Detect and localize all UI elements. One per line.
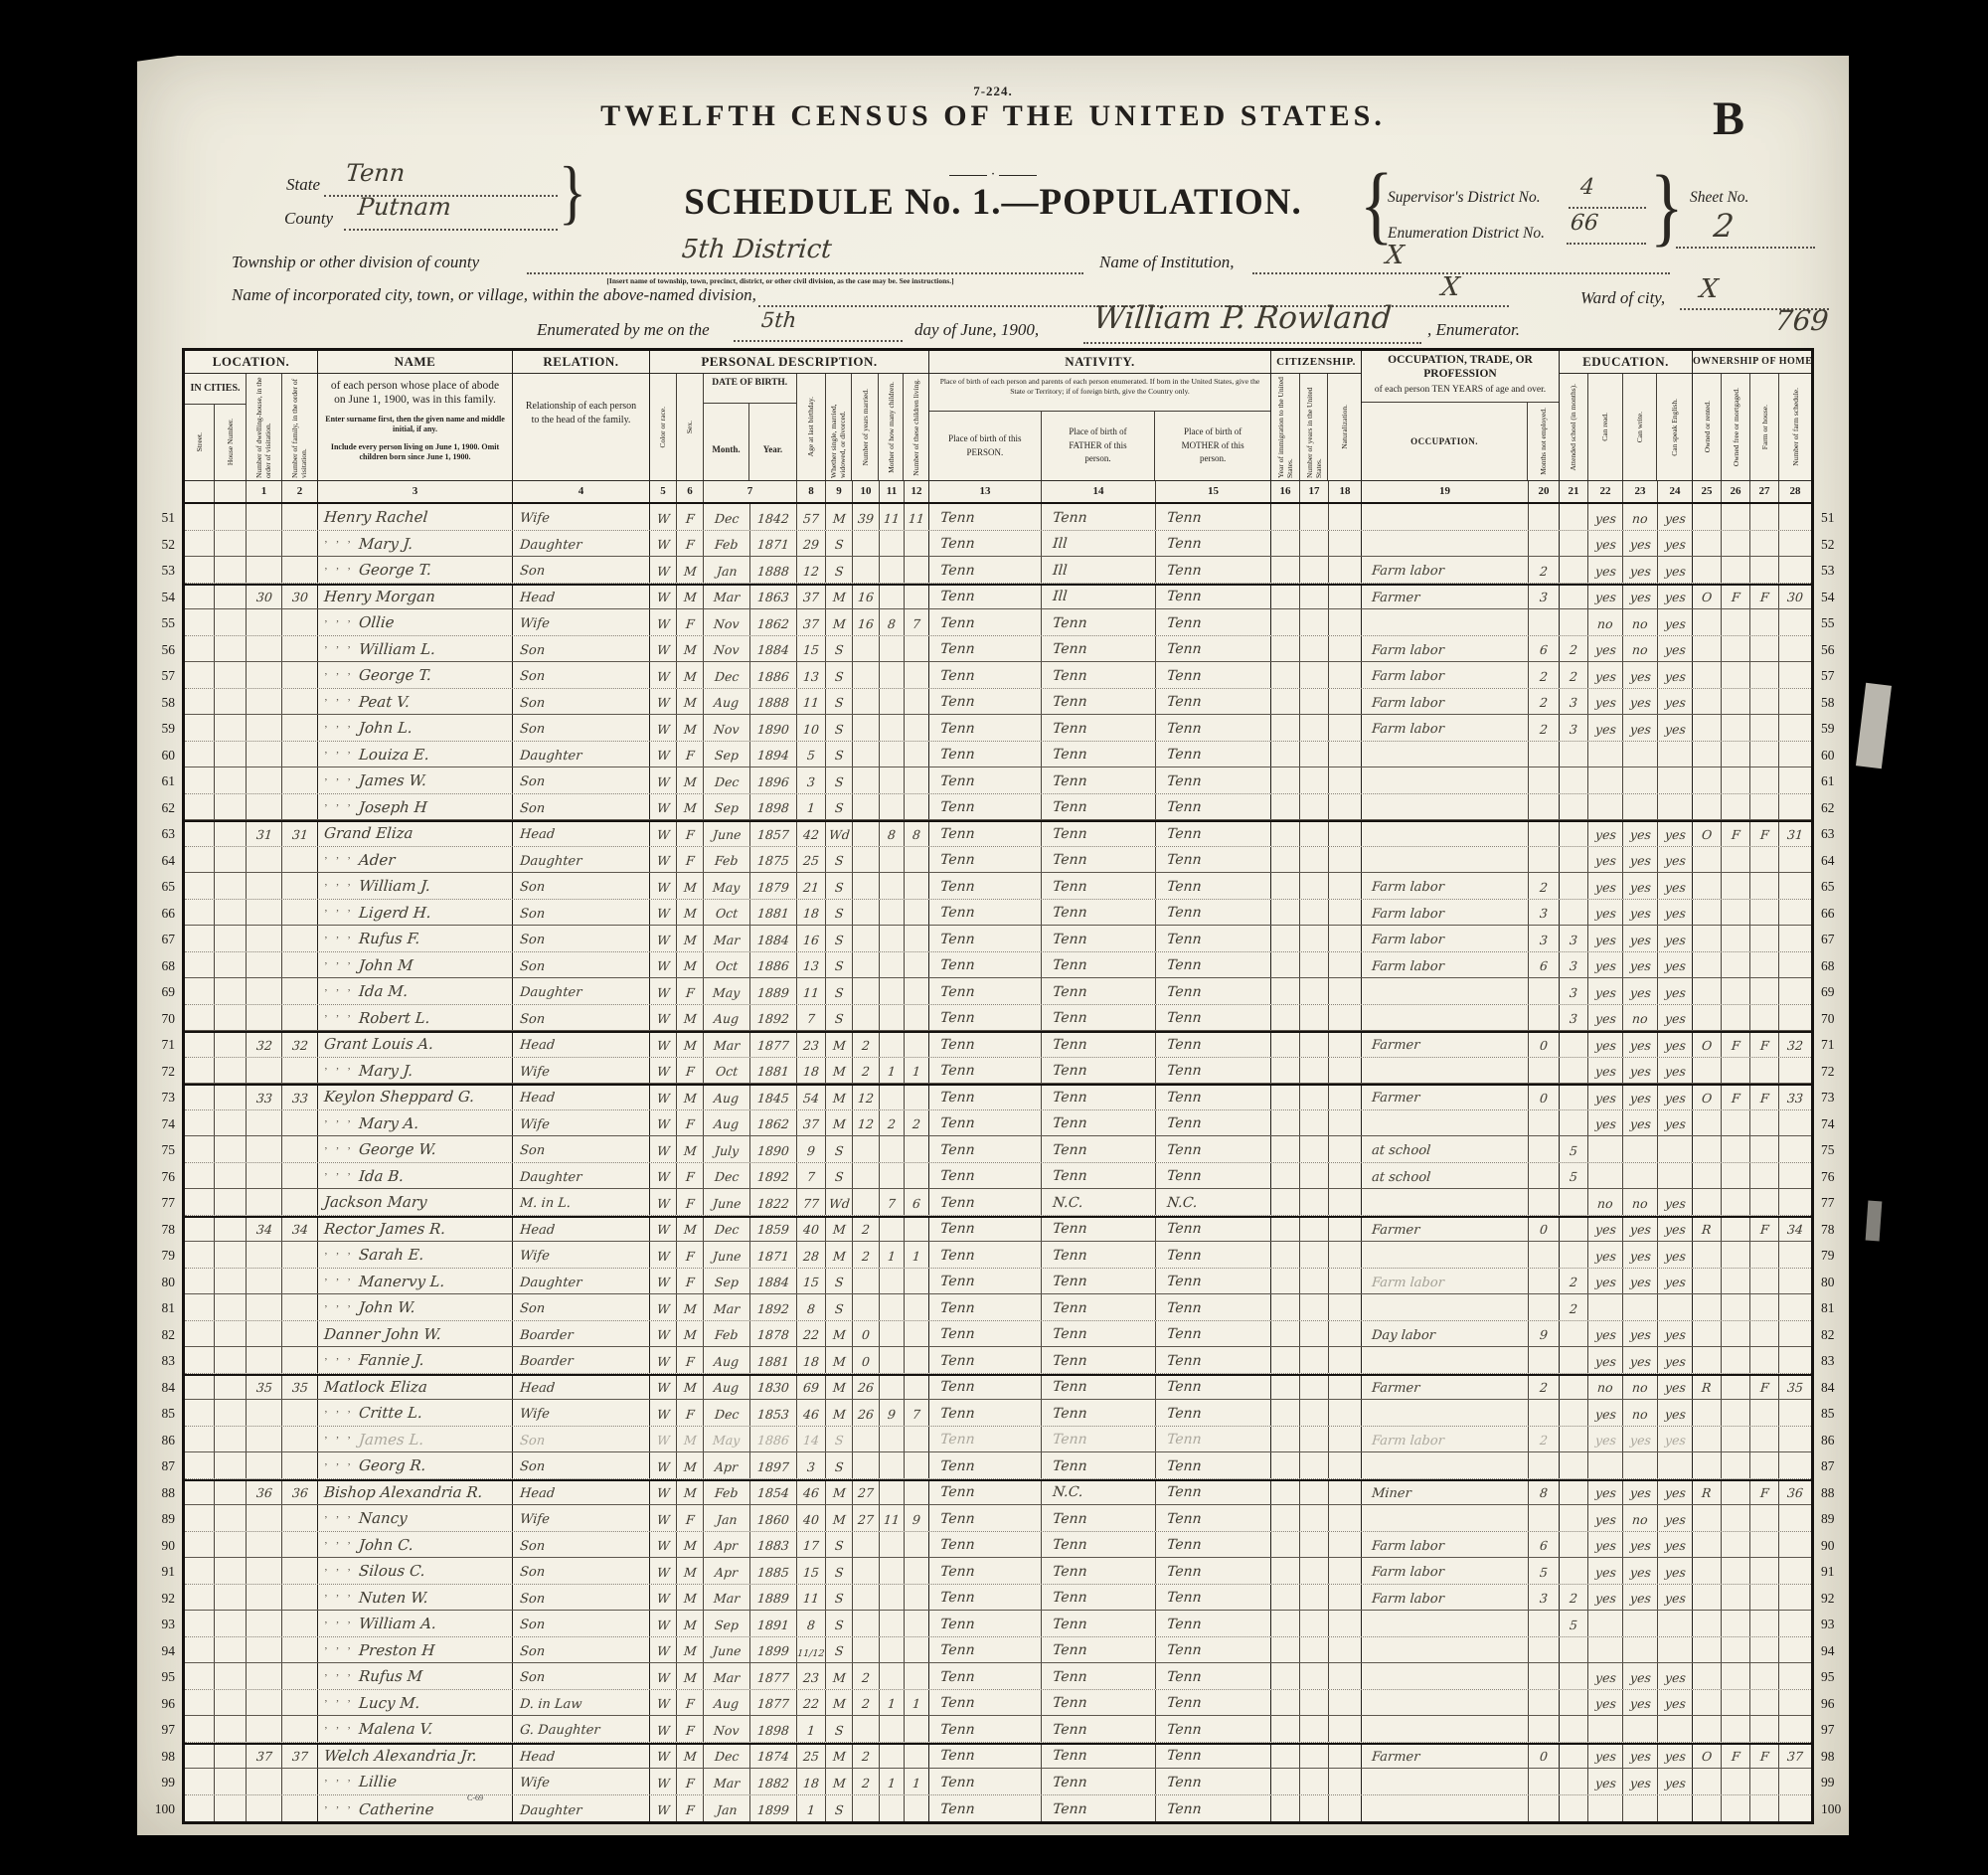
cell-mar: S (826, 1532, 853, 1558)
column-number: 7 (704, 481, 797, 502)
cell-wr: yes (1623, 557, 1658, 583)
cell-en (1658, 767, 1693, 793)
row-number: 98 (1814, 1744, 1848, 1771)
cell-value: 32 (291, 1037, 309, 1056)
cell-value: 1859 (756, 1221, 789, 1240)
cell-value: 1885 (756, 1564, 789, 1583)
cell-value: W (656, 1775, 670, 1793)
cell-mh (880, 1269, 905, 1294)
name-value: George T. (358, 559, 432, 582)
cell-en: yes (1658, 1585, 1693, 1611)
ditto-marks: ’ ’ ’ (324, 539, 354, 551)
cell-value: 1 (806, 1801, 816, 1820)
cell-value: June (712, 1195, 742, 1214)
cell-cl (905, 1347, 929, 1373)
cell-value: W (656, 1326, 670, 1345)
cell-mo: Dec (704, 767, 750, 793)
cell-value: 1886 (756, 957, 789, 976)
cell-value: F (1759, 1748, 1769, 1767)
cell-value: 16 (857, 615, 875, 634)
row-number: 87 (152, 1453, 182, 1480)
cell-fm (1722, 767, 1750, 793)
cell-value: M. in L. (519, 1194, 572, 1214)
cell-pm: Tenn (1156, 1163, 1271, 1189)
cell-value: 1 (887, 1775, 897, 1793)
cell-house (215, 1532, 247, 1558)
ditto-marks: ’ ’ ’ (324, 1251, 354, 1263)
cell-street (185, 1585, 215, 1611)
cell-house (215, 636, 247, 662)
cell-or (1693, 1005, 1722, 1031)
cell-imm (1271, 1136, 1300, 1162)
cell-pf: Tenn (1042, 1745, 1156, 1769)
cell-mh: 2 (880, 1110, 905, 1136)
cell-nat (1329, 952, 1362, 978)
cell-imm (1271, 847, 1300, 873)
cell-yus (1300, 1795, 1329, 1822)
name-value: Critte L. (358, 1402, 423, 1425)
cell-value: Farm labor (1371, 694, 1445, 714)
cell-nat (1329, 1690, 1362, 1716)
cell-as: 5 (1560, 1163, 1588, 1189)
cell-dw (247, 767, 282, 793)
cell-wr: yes (1623, 1532, 1658, 1558)
cell-value: yes (1594, 957, 1617, 976)
col-years-married: Number of years married. (852, 374, 879, 480)
cell-wr: no (1623, 504, 1658, 530)
cell-value: Dec (714, 1168, 740, 1187)
cell-mn: 2 (1529, 1427, 1560, 1452)
name-value: Mary A. (358, 1112, 419, 1135)
cell-yr: 1892 (750, 1163, 797, 1189)
cell-pb: Tenn (929, 1242, 1042, 1268)
cell-value: 23 (802, 1037, 820, 1056)
cell-street (185, 1242, 215, 1268)
cell-nat (1329, 1745, 1362, 1769)
cell-yus (1300, 1376, 1329, 1400)
cell-value: 2 (1539, 563, 1549, 582)
cell-value: M (832, 1379, 846, 1398)
cell-house (215, 689, 247, 715)
cell-house (215, 531, 247, 557)
cell-name: Welch Alexandria Jr. (318, 1745, 513, 1769)
cell-dw (247, 1427, 282, 1452)
cell-yr: 1882 (750, 1769, 797, 1794)
column-number: 16 (1271, 481, 1300, 502)
cell-name: ’ ’ ’John M (318, 952, 513, 978)
supervisor-line (1569, 207, 1646, 209)
cell-fs (1779, 1532, 1811, 1558)
table-row: ’ ’ ’LillieWifeWFMar188218M211TennTennTe… (185, 1769, 1811, 1795)
cell-value: Tenn (1052, 1377, 1087, 1398)
cell-value: Farm labor (1371, 957, 1445, 977)
cell-value: Tenn (939, 561, 975, 582)
cell-occ (1362, 1058, 1529, 1084)
cell-or (1693, 1242, 1722, 1268)
cell-value: Oct (715, 957, 739, 976)
cell-en: yes (1658, 847, 1693, 873)
cell-value: 1857 (756, 826, 789, 845)
cell-pm: Tenn (1156, 1347, 1271, 1373)
cell-house (215, 847, 247, 873)
cell-as: 2 (1560, 1585, 1588, 1611)
cell-fh: F (1750, 1218, 1779, 1242)
cell-house (215, 794, 247, 820)
ditto-marks: ’ ’ ’ (324, 776, 354, 788)
cell-value: 18 (802, 1353, 820, 1372)
cell-value: 1879 (756, 879, 789, 898)
cell-cl (905, 1558, 929, 1584)
cell-yr: 1845 (750, 1086, 797, 1109)
cell-c: W (650, 1716, 677, 1742)
cell-pm: Tenn (1156, 557, 1271, 583)
cell-value: S (834, 1274, 844, 1292)
cell-dw (247, 1795, 282, 1822)
cell-age: 42 (797, 822, 826, 846)
cell-value: Son (519, 641, 546, 661)
cell-s: F (677, 1163, 704, 1189)
cell-value: 5 (1539, 1564, 1549, 1583)
cell-value: Tenn (1166, 1377, 1202, 1398)
cell-age: 22 (797, 1321, 826, 1347)
cell-occ (1362, 1347, 1529, 1373)
cell-house (215, 1611, 247, 1636)
cell-cl (905, 1427, 929, 1452)
cell-value: W (656, 721, 670, 740)
cell-street (185, 557, 215, 583)
cell-as (1560, 609, 1588, 635)
cell-mar: M (826, 1376, 853, 1400)
cell-value: Tenn (1166, 824, 1202, 845)
cell-yus (1300, 1163, 1329, 1189)
cell-value: S (834, 1458, 844, 1477)
cell-wr: yes (1623, 1690, 1658, 1716)
table-row: ’ ’ ’Mary J.DaughterWFFeb187129STennIllT… (185, 531, 1811, 558)
cell-en: yes (1658, 926, 1693, 951)
cell-value: Son (519, 1432, 546, 1451)
cell-wr: yes (1623, 531, 1658, 557)
table-row: ’ ’ ’William L.SonWMNov188415STennTennTe… (185, 636, 1811, 663)
occupation-subtitle: of each person TEN YEARS of age and over… (1362, 385, 1559, 396)
cell-value: Tenn (1166, 587, 1202, 607)
cell-name: ’ ’ ’George T. (318, 557, 513, 583)
cell-value: 8 (887, 615, 897, 634)
cell-mo: Mar (704, 926, 750, 951)
cell-as (1560, 1558, 1588, 1584)
cell-imm (1271, 978, 1300, 1004)
cell-mh (880, 1136, 905, 1162)
cell-ym: 2 (853, 1663, 880, 1689)
cell-value: Tenn (1052, 1008, 1087, 1029)
cell-value: Head (519, 1748, 556, 1768)
cell-mo: Feb (704, 1321, 750, 1347)
cell-mo: Jan (704, 1505, 750, 1531)
cell-wr: yes (1623, 586, 1658, 609)
cell-mo: May (704, 873, 750, 899)
cell-en: yes (1658, 1269, 1693, 1294)
cell-mh (880, 1716, 905, 1742)
cell-mh (880, 1376, 905, 1400)
cell-fs (1779, 1716, 1811, 1742)
cell-en: yes (1658, 1481, 1693, 1505)
cell-value: 1877 (756, 1695, 789, 1714)
cell-en: yes (1658, 1745, 1693, 1769)
cell-value: W (656, 1642, 670, 1661)
cell-rel: Son (513, 1005, 650, 1031)
cell-value: 0 (1539, 1221, 1549, 1240)
ditto-marks: ’ ’ ’ (324, 1013, 354, 1025)
cell-yr: 1877 (750, 1663, 797, 1689)
cell-value: M (832, 1326, 846, 1345)
cell-age: 29 (797, 531, 826, 557)
cell-name: ’ ’ ’Peat V. (318, 689, 513, 715)
cell-yus (1300, 926, 1329, 951)
cell-fs (1779, 978, 1811, 1004)
cell-wr: no (1623, 1505, 1658, 1531)
cell-value: 0 (1539, 1748, 1549, 1767)
cell-pf: Tenn (1042, 1376, 1156, 1400)
cell-value: M (832, 615, 846, 634)
scanned-census-page: { "page": { "form_number": "7-224.", "ti… (0, 0, 1988, 1875)
cell-fs (1779, 1769, 1811, 1794)
cell-c: W (650, 1086, 677, 1109)
cell-house (215, 1005, 247, 1031)
cell-value: Tenn (1052, 877, 1087, 898)
cell-mar: S (826, 767, 853, 793)
cell-imm (1271, 1033, 1300, 1057)
group-location-title: LOCATION. (185, 351, 317, 374)
cell-wr: yes (1623, 1347, 1658, 1373)
cell-value: yes (1594, 905, 1617, 924)
cell-or (1693, 1690, 1722, 1716)
cell-value: 3 (1569, 1010, 1578, 1029)
cell-value: S (834, 668, 844, 687)
cell-value: Mar (713, 932, 741, 950)
cell-cl (905, 1086, 929, 1109)
cell-age: 1 (797, 794, 826, 820)
cell-wr: yes (1623, 1033, 1658, 1057)
cell-rel: Son (513, 1611, 650, 1636)
cell-en (1658, 1452, 1693, 1478)
name-value: Henry Rachel (323, 506, 428, 529)
cell-pm: Tenn (1156, 794, 1271, 820)
cell-value: 13 (802, 957, 820, 976)
cell-mar: M (826, 1321, 853, 1347)
cell-c: W (650, 504, 677, 530)
cell-yus (1300, 1452, 1329, 1478)
cell-fs (1779, 504, 1811, 530)
group-nativity: NATIVITY.Place of birth of each person a… (929, 351, 1271, 480)
cell-mn (1529, 1136, 1560, 1162)
cell-value: 6 (911, 1195, 921, 1214)
cell-house (215, 1033, 247, 1057)
cell-value: yes (1594, 852, 1617, 871)
cell-value: 34 (1786, 1221, 1804, 1240)
cell-value: yes (1594, 1274, 1617, 1292)
cell-value: June (712, 1248, 742, 1267)
cell-fh (1750, 1347, 1779, 1373)
cell-as (1560, 586, 1588, 609)
cell-value: 11 (908, 510, 925, 529)
cell-yr: 1830 (750, 1376, 797, 1400)
cell-fam (282, 1058, 318, 1084)
cell-value: Aug (714, 1379, 741, 1398)
cell-as (1560, 504, 1588, 530)
cell-yr: 1884 (750, 636, 797, 662)
cell-occ: Farm labor (1362, 636, 1529, 662)
cell-rel: Son (513, 689, 650, 715)
cell-rel: Wife (513, 1242, 650, 1268)
cell-value: Head (519, 825, 556, 845)
cell-value: F (1759, 1379, 1769, 1398)
cell-imm (1271, 1110, 1300, 1136)
cell-value: Aug (714, 1090, 741, 1108)
cell-c: W (650, 1058, 677, 1084)
cell-value: Son (519, 1537, 546, 1557)
cell-rd: yes (1588, 1532, 1623, 1558)
cell-fs (1779, 1611, 1811, 1636)
cell-imm (1271, 1481, 1300, 1505)
row-number: 75 (1814, 1137, 1848, 1164)
row-number: 64 (1814, 848, 1848, 875)
cell-value: yes (1594, 826, 1617, 845)
row-number: 68 (152, 953, 182, 980)
cell-value: yes (1594, 563, 1617, 582)
cell-c: W (650, 1427, 677, 1452)
cell-en (1658, 1795, 1693, 1822)
cell-name: ’ ’ ’John C. (318, 1532, 513, 1558)
cell-ym (853, 767, 880, 793)
cell-value: M (683, 1326, 697, 1345)
cell-as (1560, 1086, 1588, 1109)
cell-fh (1750, 1189, 1779, 1215)
cell-c: W (650, 742, 677, 767)
cell-value: W (656, 1195, 670, 1214)
cell-value: 7 (887, 1195, 897, 1214)
cell-mh (880, 794, 905, 820)
cell-rd: yes (1588, 1058, 1623, 1084)
cell-ym: 16 (853, 609, 880, 635)
cell-fh (1750, 557, 1779, 583)
cell-pb: Tenn (929, 794, 1042, 820)
cell-value: M (683, 1617, 697, 1635)
cell-value: W (656, 615, 670, 634)
cell-value: Son (519, 905, 546, 925)
cell-wr: yes (1623, 1585, 1658, 1611)
cell-fh (1750, 1136, 1779, 1162)
cell-en: yes (1658, 1005, 1693, 1031)
name-value: John W. (358, 1296, 416, 1319)
cell-occ: Farmer (1362, 586, 1529, 609)
ditto-marks: ’ ’ ’ (324, 1514, 354, 1526)
cell-imm (1271, 1218, 1300, 1242)
cell-value: W (656, 1142, 670, 1161)
cell-value: yes (1594, 932, 1617, 950)
census-sheet: 7-224. TWELFTH CENSUS OF THE UNITED STAT… (137, 56, 1849, 1835)
row-number: 96 (1814, 1691, 1848, 1718)
cell-value: W (656, 1248, 670, 1267)
cell-value: S (834, 747, 844, 766)
cell-age: 77 (797, 1189, 826, 1215)
cell-wr: yes (1623, 1269, 1658, 1294)
cell-yus (1300, 1481, 1329, 1505)
cell-fam (282, 742, 318, 767)
cell-en: yes (1658, 636, 1693, 662)
cell-wr: yes (1623, 1558, 1658, 1584)
cell-yus (1300, 1427, 1329, 1452)
cell-or: O (1693, 586, 1722, 609)
cell-mo: Feb (704, 847, 750, 873)
cell-value: yes (1629, 1274, 1652, 1292)
cell-rd: yes (1588, 1218, 1623, 1242)
cell-pm: Tenn (1156, 1745, 1271, 1769)
cell-value: 36 (291, 1484, 309, 1503)
cell-value: S (834, 905, 844, 924)
cell-yr: 1884 (750, 1269, 797, 1294)
cell-mn: 6 (1529, 952, 1560, 978)
cell-dw: 37 (247, 1745, 282, 1769)
cell-or (1693, 1716, 1722, 1742)
cell-value: yes (1664, 1063, 1687, 1082)
cell-fh (1750, 847, 1779, 873)
cell-street (185, 689, 215, 715)
cell-value: Tenn (939, 1430, 975, 1450)
cell-value: M (683, 1432, 697, 1450)
cell-en: yes (1658, 557, 1693, 583)
row-number: 73 (1814, 1085, 1848, 1111)
cell-fh (1750, 978, 1779, 1004)
row-number: 62 (152, 795, 182, 822)
cell-mar: S (826, 1163, 853, 1189)
cell-name: ’ ’ ’Malena V. (318, 1716, 513, 1742)
cell-fh (1750, 1532, 1779, 1558)
name-value: Sarah E. (358, 1244, 424, 1267)
cell-ym (853, 1585, 880, 1611)
table-row: ’ ’ ’Rufus F.SonWMMar188416STennTennTenn… (185, 926, 1811, 952)
city-label: Name of incorporated city, town, or vill… (232, 285, 756, 305)
cell-fm (1722, 1505, 1750, 1531)
cell-name: Grand Eliza (318, 822, 513, 846)
ditto-marks: ’ ’ ’ (324, 855, 354, 867)
ditto-marks: ’ ’ ’ (324, 1461, 354, 1473)
cell-mh: 7 (880, 1189, 905, 1215)
cell-house (215, 1347, 247, 1373)
cell-value: M (683, 1537, 697, 1556)
cell-value: M (683, 957, 697, 976)
cell-value: Tenn (1166, 1246, 1202, 1267)
cell-value: F (1759, 1484, 1769, 1503)
cell-mar: S (826, 1637, 853, 1663)
cell-value: no (1596, 615, 1613, 634)
cell-wr: yes (1623, 1427, 1658, 1452)
cell-value: M (832, 1775, 846, 1793)
cell-cl: 1 (905, 1058, 929, 1084)
col-mother-of-children: Mother of how many children. (879, 374, 904, 480)
row-number: 99 (1814, 1770, 1848, 1796)
cell-pf: Tenn (1042, 1242, 1156, 1268)
cell-s: M (677, 1585, 704, 1611)
cell-nat (1329, 1005, 1362, 1031)
cell-value: Tenn (1166, 955, 1202, 976)
cell-house (215, 1189, 247, 1215)
row-number: 59 (1814, 716, 1848, 743)
cell-value: Head (519, 1379, 556, 1399)
cell-value: 29 (802, 536, 820, 555)
cell-fm (1722, 1452, 1750, 1478)
cell-as: 2 (1560, 1269, 1588, 1294)
cell-value: 46 (802, 1484, 820, 1503)
cell-name: ’ ’ ’Catherine (318, 1795, 513, 1822)
